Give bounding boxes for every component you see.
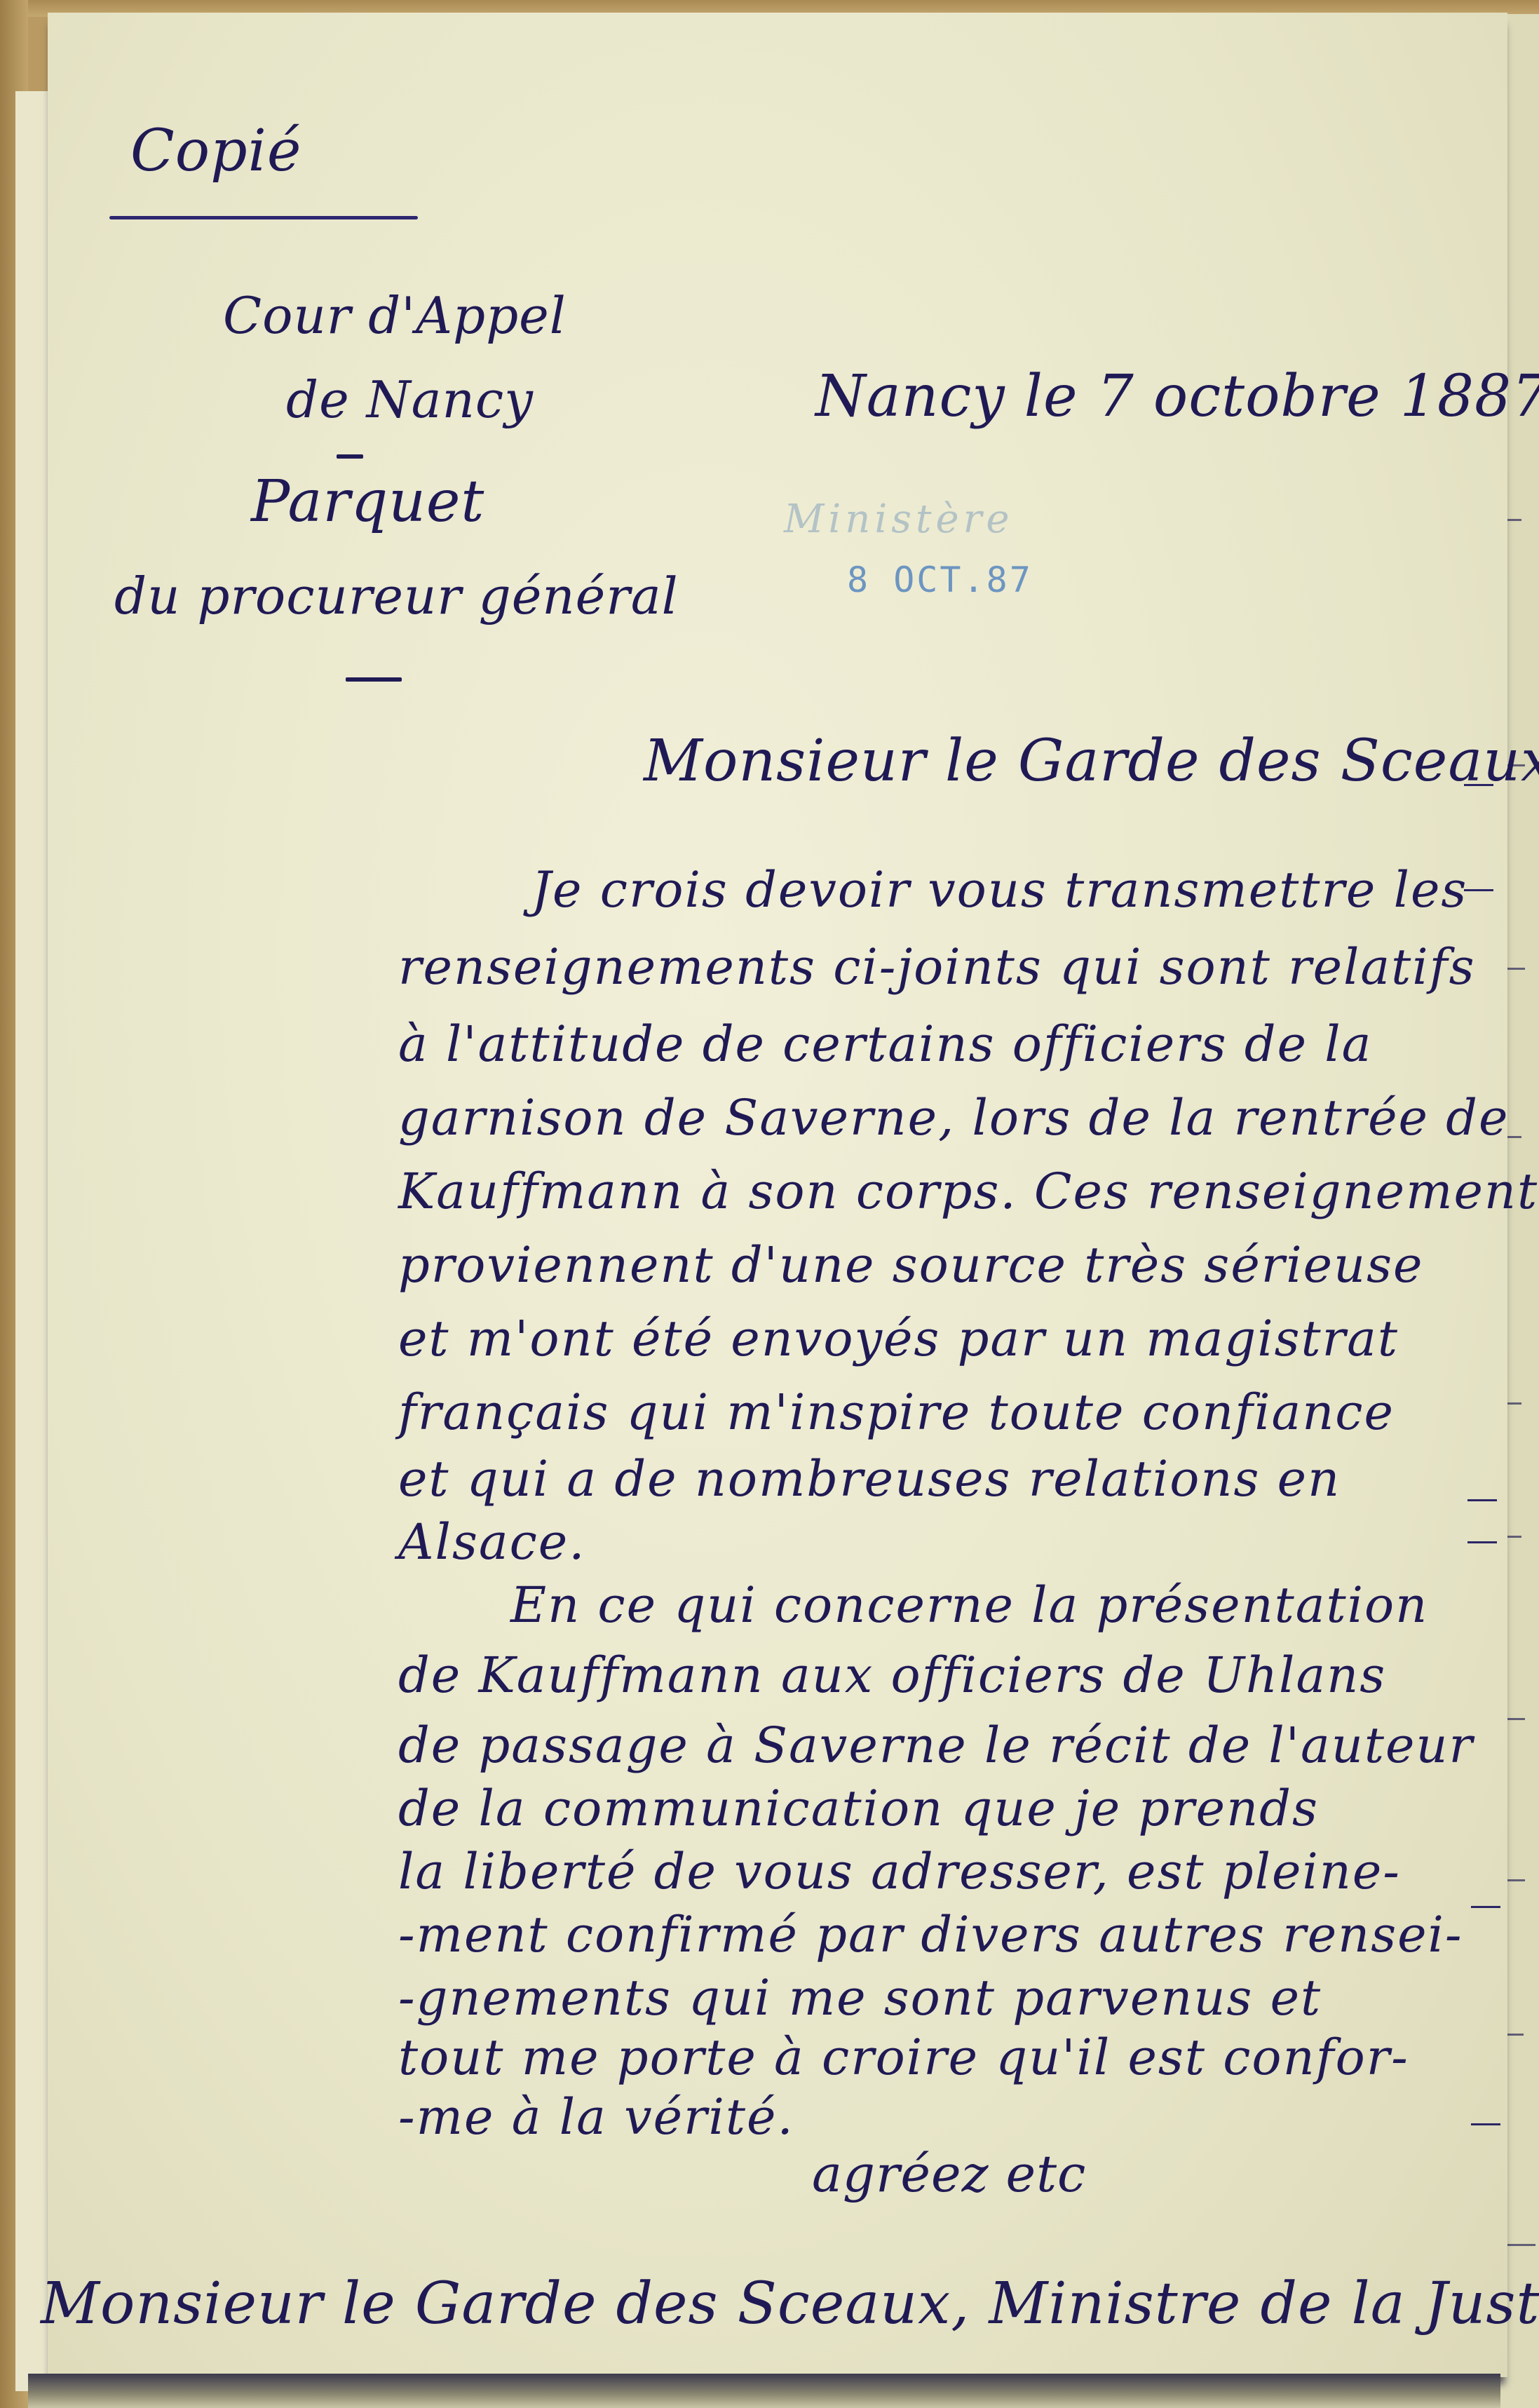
copy-mark: Copié: [130, 118, 301, 184]
body-line: renseignements ci-joints qui sont relati…: [398, 938, 1476, 996]
body-line: la liberté de vous adresser, est pleine-: [398, 1843, 1401, 1900]
salutation: Monsieur le Garde des Sceaux,: [644, 728, 1539, 794]
header-procureur: du procureur général: [114, 567, 679, 625]
margin-tick: [1471, 1906, 1500, 1908]
margin-tick: [1471, 2123, 1500, 2125]
body-line: à l'attitude de certains officiers de la: [398, 1015, 1372, 1073]
body-line: de Kauffmann aux officiers de Uhlans: [398, 1646, 1386, 1704]
body-line: -me à la vérité.: [398, 2088, 794, 2146]
body-line: français qui m'inspire toute confiance: [398, 1384, 1395, 1441]
header-parquet: Parquet: [251, 468, 484, 535]
margin-tick: [1464, 784, 1493, 786]
body-line: et qui a de nombreuses relations en: [398, 1450, 1341, 1508]
page-bottom-shadow: [28, 2374, 1500, 2408]
body-line: tout me porte à croire qu'il est confor-: [398, 2029, 1409, 2086]
body-line: garnison de Saverne, lors de la rentrée …: [398, 1089, 1509, 1146]
stamp-ministry-text: Ministère: [784, 496, 1014, 542]
body-line: -ment confirmé par divers autres rensei-: [398, 1906, 1463, 1963]
closing: agréez etc: [812, 2144, 1086, 2203]
letter-page: Copié Cour d'Appel de Nancy Parquet du p…: [48, 13, 1507, 2377]
body-line: et m'ont été envoyés par un magistrat: [398, 1310, 1399, 1367]
date-line: Nancy le 7 octobre 1887.: [815, 363, 1539, 430]
body-line: Alsace.: [398, 1513, 585, 1571]
margin-tick: [1467, 1499, 1497, 1501]
margin-tick: [1464, 889, 1493, 891]
body-line: En ce qui concerne la présentation: [510, 1576, 1428, 1634]
body-line: Je crois devoir vous transmettre les: [531, 861, 1467, 919]
header-city: de Nancy: [286, 370, 534, 429]
body-line: de passage à Saverne le récit de l'auteu…: [398, 1717, 1474, 1774]
body-line: Kauffmann à son corps. Ces renseignement…: [398, 1163, 1539, 1220]
copy-mark-underline: [109, 216, 418, 219]
body-line: -gnements qui me sont parvenus et: [398, 1969, 1322, 2027]
header-dash-2: [346, 677, 402, 682]
addressee-line: Monsieur le Garde des Sceaux, Ministre d…: [41, 2271, 1539, 2337]
header-dash: [337, 454, 363, 459]
body-line: proviennent d'une source très sérieuse: [398, 1236, 1423, 1294]
header-court: Cour d'Appel: [223, 286, 567, 345]
stamp-date: 8 OCT.87: [847, 560, 1033, 600]
body-line: de la communication que je prends: [398, 1780, 1319, 1837]
margin-tick: [1467, 1541, 1497, 1543]
